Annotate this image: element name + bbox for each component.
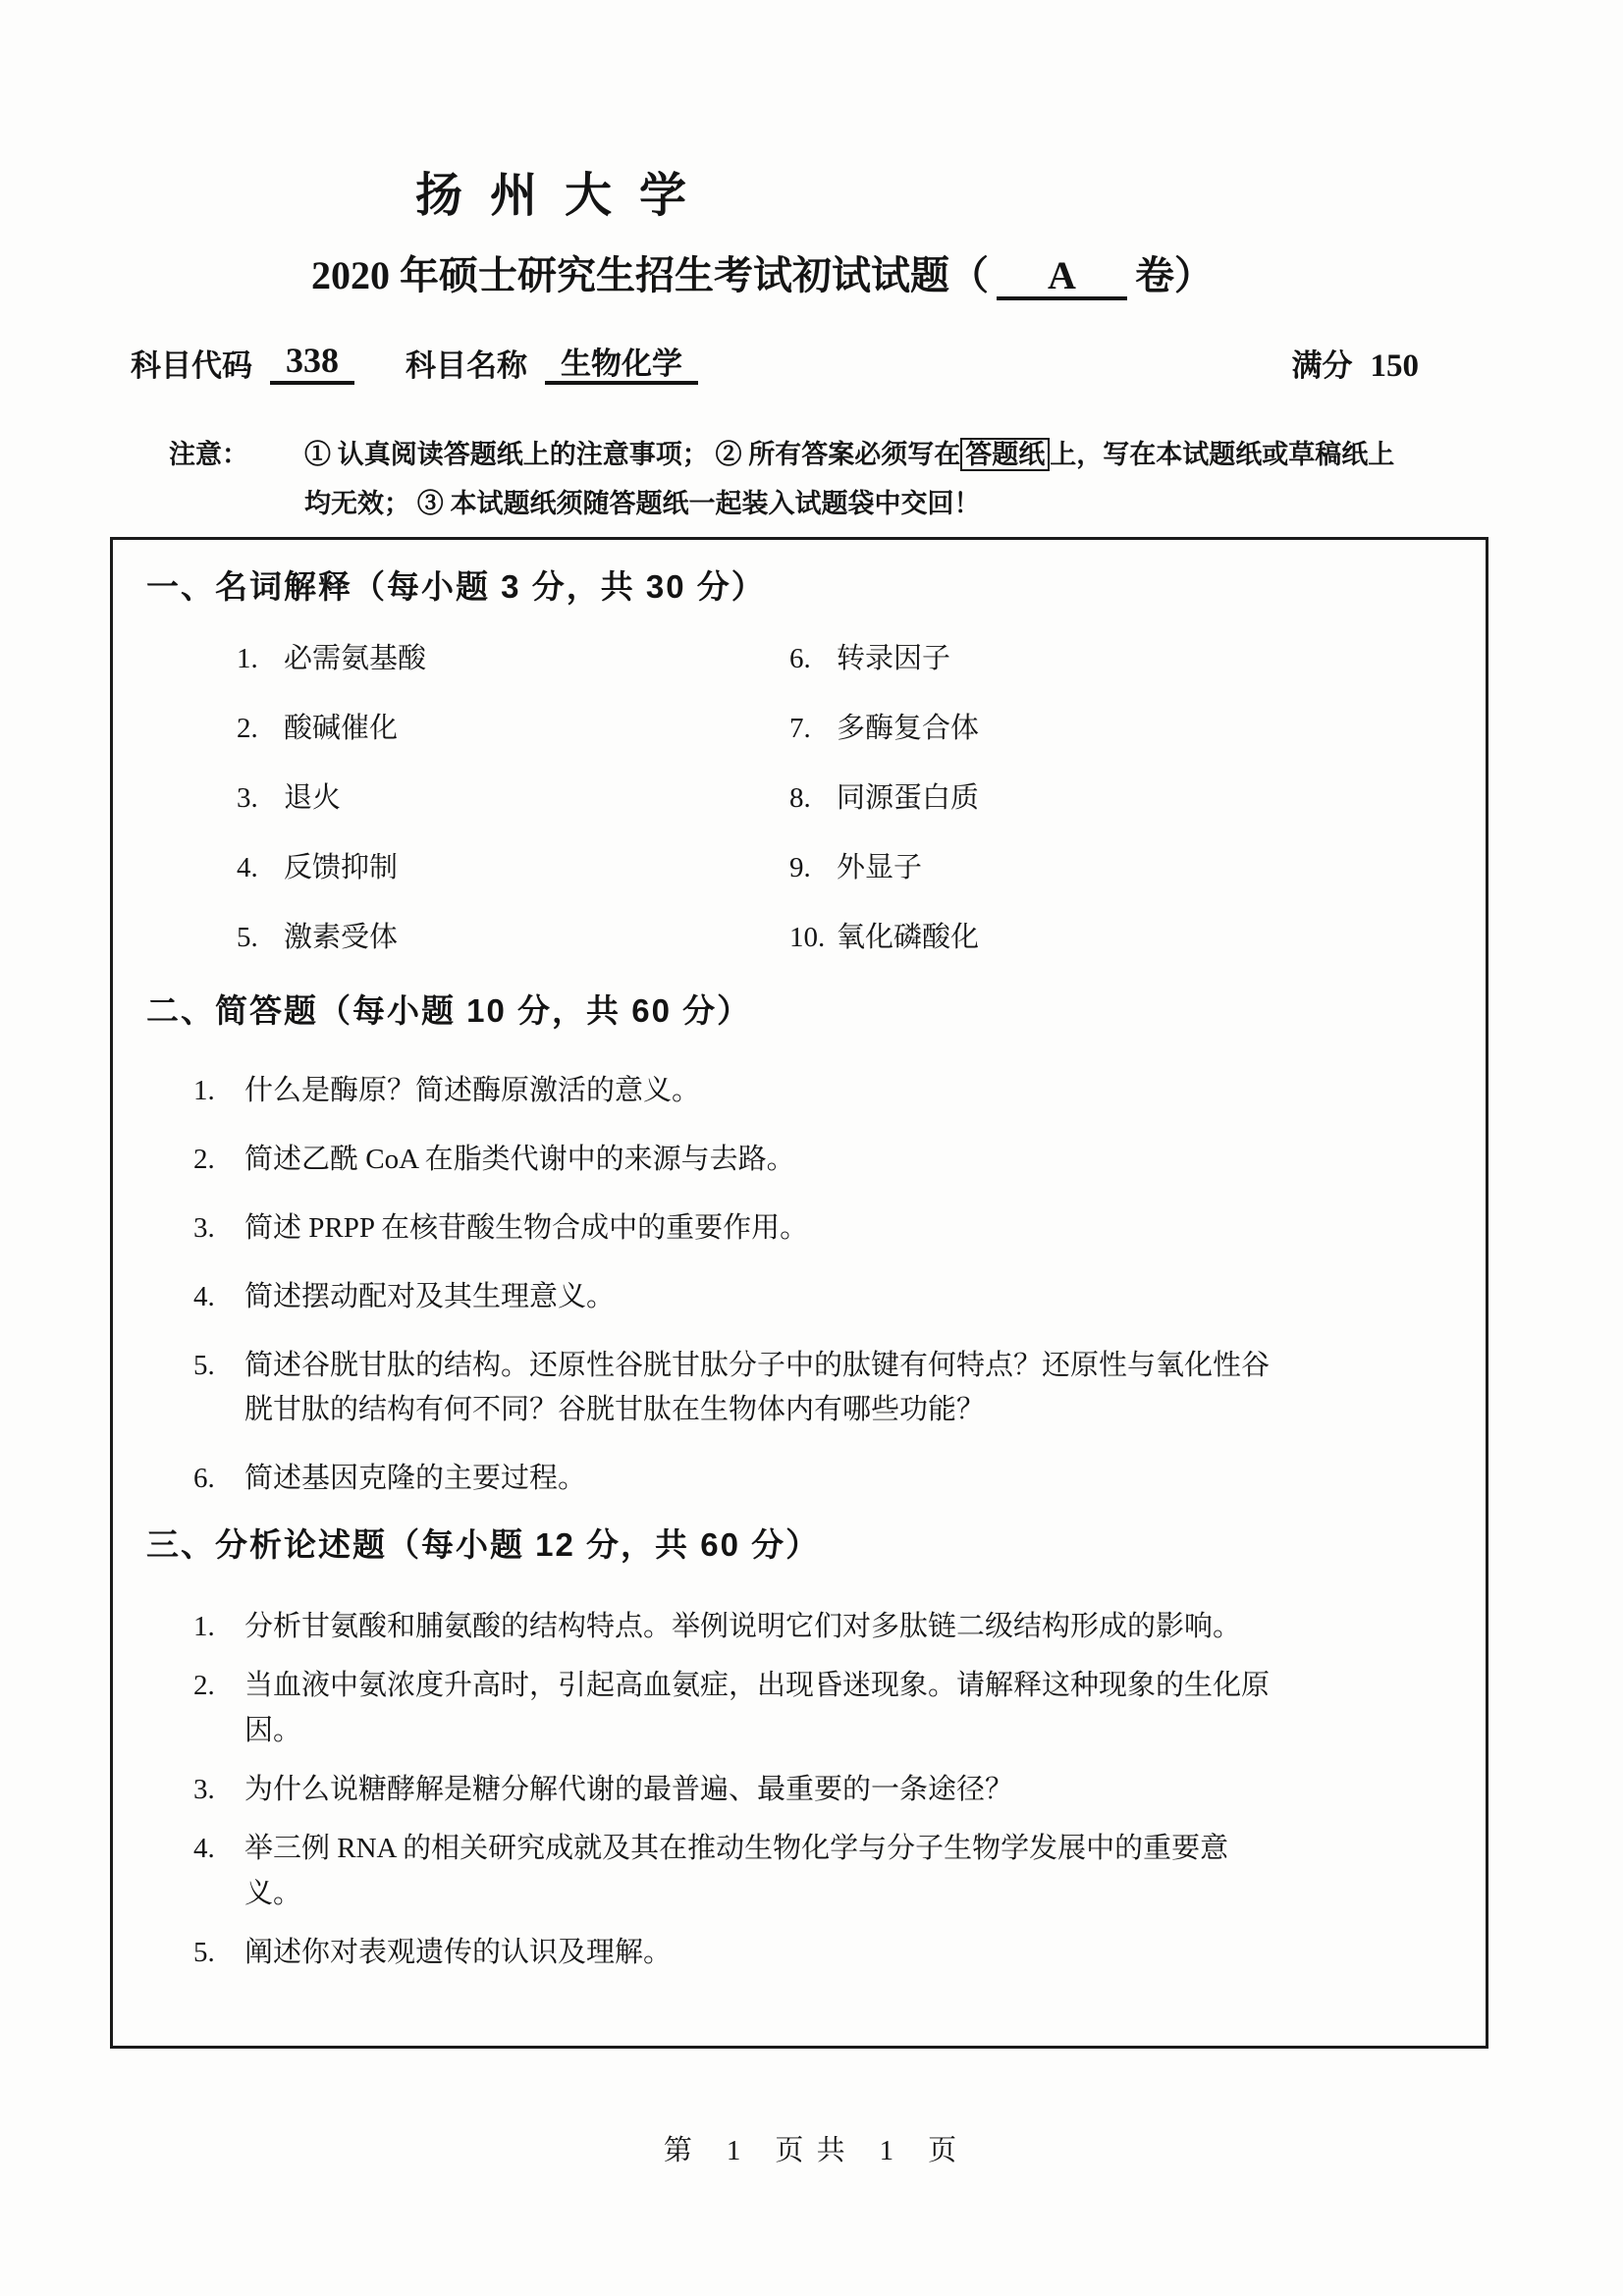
- question-number: 5.: [193, 1344, 244, 1432]
- question-item: 4.举三例 RNA 的相关研究成就及其在推动生物化学与分子生物学发展中的重要意义…: [193, 1826, 1456, 1916]
- subject-name-value: 生物化学: [545, 347, 698, 385]
- term-text: 必需氨基酸: [284, 643, 426, 674]
- term-text: 退火: [284, 782, 341, 814]
- term-number: 5.: [237, 919, 284, 956]
- term-text: 同源蛋白质: [837, 782, 979, 814]
- term-text: 激素受体: [284, 922, 398, 953]
- question-item: 4.简述摆动配对及其生理意义。: [193, 1275, 1456, 1319]
- question-item: 2.简述乙酰 CoA 在脂类代谢中的来源与去路。: [193, 1138, 1456, 1182]
- exam-subtitle: 2020 年硕士研究生招生考试初试试题（A卷）: [0, 244, 1525, 300]
- term-number: 8.: [789, 779, 837, 817]
- full-score: 满分 150: [1292, 341, 1420, 385]
- question-number: 2.: [193, 1663, 244, 1753]
- term-item: 9.外显子: [789, 849, 1456, 886]
- exam-paper-page: 扬 州 大 学 2020 年硕士研究生招生考试初试试题（A卷） 科目代码 338…: [0, 0, 1623, 2296]
- question-number: 4.: [193, 1826, 244, 1916]
- question-text: 简述乙酰 CoA 在脂类代谢中的来源与去路。: [244, 1138, 1281, 1182]
- section-3-title: 三、分析论述题（每小题 12 分，共 60 分）: [146, 1525, 1456, 1565]
- term-item: 2.酸碱催化: [237, 710, 789, 747]
- question-text: 阐述你对表观遗传的认识及理解。: [244, 1930, 1281, 1975]
- notice-line-2: 均无效； ③ 本试题纸须随答题纸一起装入试题袋中交回！: [304, 479, 1489, 528]
- question-text: 当血液中氨浓度升高时，引起高血氨症，出现昏迷现象。请解释这种现象的生化原因。: [244, 1663, 1281, 1753]
- question-item: 3.为什么说糖酵解是糖分解代谢的最普遍、最重要的一条途径？: [193, 1767, 1456, 1812]
- term-text: 酸碱催化: [284, 713, 398, 744]
- term-item: 4.反馈抑制: [237, 849, 789, 886]
- question-text: 简述谷胱甘肽的结构。还原性谷胱甘肽分子中的肽键有何特点？还原性与氧化性谷胱甘肽的…: [244, 1344, 1281, 1432]
- question-area-box: 一、名词解释（每小题 3 分，共 30 分） 1.必需氨基酸 6.转录因子 2.…: [110, 537, 1488, 2049]
- term-number: 2.: [237, 710, 284, 747]
- subject-meta-row: 科目代码 338 科目名称 生物化学 满分 150: [131, 341, 1419, 385]
- term-number: 4.: [237, 849, 284, 886]
- question-item: 1.什么是酶原？简述酶原激活的意义。: [193, 1069, 1456, 1113]
- subject-code-value: 338: [270, 342, 354, 385]
- subtitle-prefix: 2020 年硕士研究生招生考试初试试题（: [311, 253, 989, 297]
- term-text: 反馈抑制: [284, 852, 398, 883]
- term-number: 3.: [237, 779, 284, 817]
- term-text: 氧化磷酸化: [837, 922, 979, 953]
- question-item: 3.简述 PRPP 在核苷酸生物合成中的重要作用。: [193, 1206, 1456, 1251]
- page-footer: 第 1 页 共 1 页: [0, 2128, 1623, 2168]
- terms-list: 1.必需氨基酸 6.转录因子 2.酸碱催化 7.多酶复合体 3.退火 8.同源蛋…: [237, 640, 1456, 956]
- term-item: 3.退火: [237, 779, 789, 817]
- term-text: 转录因子: [837, 643, 950, 674]
- notice-line-1-part-2: 上，写在本试题纸或草稿纸上: [1050, 440, 1394, 469]
- analysis-question-list: 1.分析甘氨酸和脯氨酸的结构特点。举例说明它们对多肽链二级结构形成的影响。 2.…: [193, 1604, 1456, 1975]
- question-number: 1.: [193, 1069, 244, 1113]
- question-number: 6.: [193, 1457, 244, 1501]
- term-item: 1.必需氨基酸: [237, 640, 789, 677]
- full-score-value: 150: [1371, 348, 1420, 385]
- paper-type-blank: A: [997, 255, 1127, 300]
- question-text: 简述基因克隆的主要过程。: [244, 1457, 1281, 1501]
- term-item: 7.多酶复合体: [789, 710, 1456, 747]
- term-number: 9.: [789, 849, 837, 886]
- term-text: 外显子: [837, 852, 922, 883]
- term-number: 7.: [789, 710, 837, 747]
- subject-code-label: 科目代码: [131, 341, 252, 385]
- question-number: 3.: [193, 1767, 244, 1812]
- question-text: 简述摆动配对及其生理意义。: [244, 1275, 1281, 1319]
- question-text: 分析甘氨酸和脯氨酸的结构特点。举例说明它们对多肽链二级结构形成的影响。: [244, 1604, 1281, 1649]
- question-text: 简述 PRPP 在核苷酸生物合成中的重要作用。: [244, 1206, 1281, 1251]
- notice-body: ① 认真阅读答题纸上的注意事项； ② 所有答案必须写在答题纸上，写在本试题纸或草…: [304, 430, 1489, 528]
- subtitle-suffix: 卷）: [1135, 253, 1214, 297]
- question-item: 6.简述基因克隆的主要过程。: [193, 1457, 1456, 1501]
- question-number: 4.: [193, 1275, 244, 1319]
- term-text: 多酶复合体: [837, 713, 979, 744]
- short-answer-list: 1.什么是酶原？简述酶原激活的意义。 2.简述乙酰 CoA 在脂类代谢中的来源与…: [193, 1069, 1456, 1501]
- question-item: 1.分析甘氨酸和脯氨酸的结构特点。举例说明它们对多肽链二级结构形成的影响。: [193, 1604, 1456, 1649]
- term-number: 6.: [789, 640, 837, 677]
- full-score-label: 满分: [1292, 341, 1353, 385]
- term-item: 5.激素受体: [237, 919, 789, 956]
- section-1-title: 一、名词解释（每小题 3 分，共 30 分）: [146, 567, 1456, 607]
- notice-block: 注意： ① 认真阅读答题纸上的注意事项； ② 所有答案必须写在答题纸上，写在本试…: [169, 430, 1489, 528]
- term-item: 8.同源蛋白质: [789, 779, 1456, 817]
- section-2-title: 二、简答题（每小题 10 分，共 60 分）: [146, 991, 1456, 1031]
- subject-name-label: 科目名称: [406, 341, 527, 385]
- term-item: 10.氧化磷酸化: [789, 919, 1456, 956]
- question-number: 1.: [193, 1604, 244, 1649]
- term-number: 1.: [237, 640, 284, 677]
- notice-label: 注意：: [169, 430, 304, 528]
- question-text: 为什么说糖酵解是糖分解代谢的最普遍、最重要的一条途径？: [244, 1767, 1281, 1812]
- notice-line-1: ① 认真阅读答题纸上的注意事项； ② 所有答案必须写在答题纸上，写在本试题纸或草…: [304, 430, 1489, 479]
- question-item: 5.简述谷胱甘肽的结构。还原性谷胱甘肽分子中的肽键有何特点？还原性与氧化性谷胱甘…: [193, 1344, 1456, 1432]
- question-number: 5.: [193, 1930, 244, 1975]
- question-item: 5.阐述你对表观遗传的认识及理解。: [193, 1930, 1456, 1975]
- university-title: 扬 州 大 学: [0, 157, 1109, 225]
- question-number: 3.: [193, 1206, 244, 1251]
- question-number: 2.: [193, 1138, 244, 1182]
- term-item: 6.转录因子: [789, 640, 1456, 677]
- answer-sheet-boxed-term: 答题纸: [960, 438, 1050, 471]
- question-item: 2.当血液中氨浓度升高时，引起高血氨症，出现昏迷现象。请解释这种现象的生化原因。: [193, 1663, 1456, 1753]
- notice-line-1-part-1: ① 认真阅读答题纸上的注意事项； ② 所有答案必须写在: [304, 440, 960, 469]
- question-text: 举三例 RNA 的相关研究成就及其在推动生物化学与分子生物学发展中的重要意义。: [244, 1826, 1281, 1916]
- question-text: 什么是酶原？简述酶原激活的意义。: [244, 1069, 1281, 1113]
- term-number: 10.: [789, 919, 837, 956]
